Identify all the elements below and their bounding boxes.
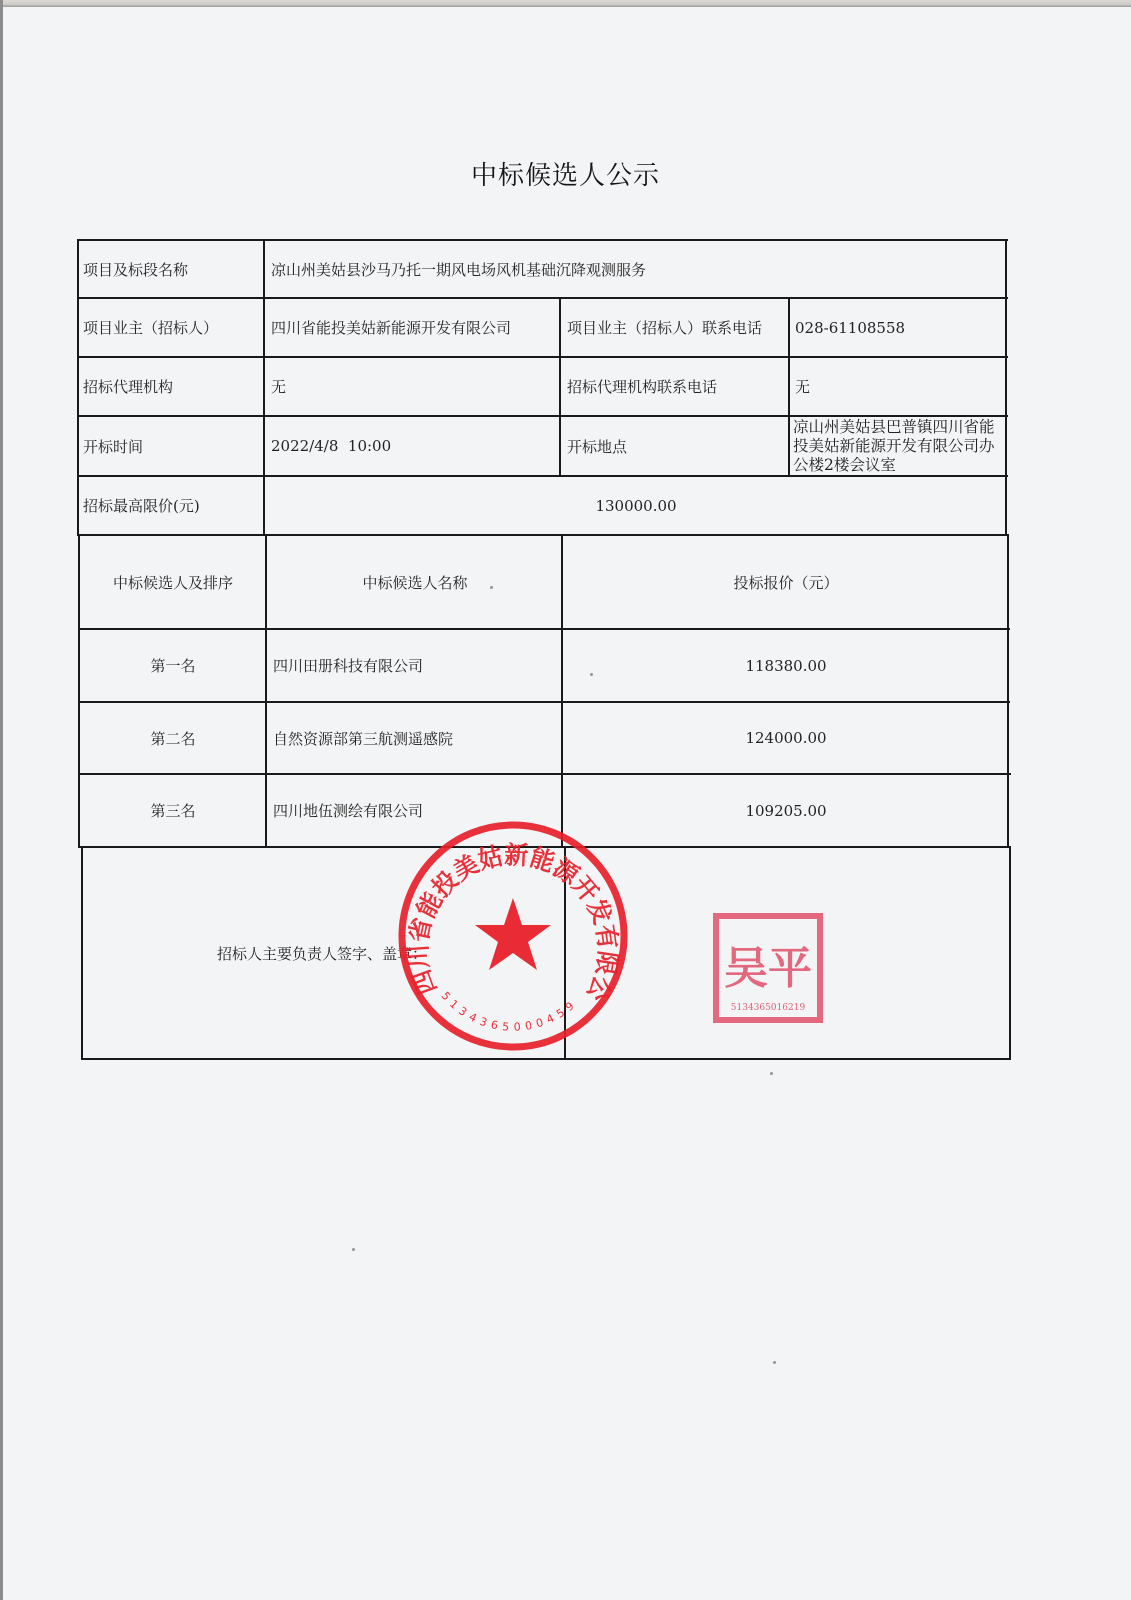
open-time-value: 2022/4/8 10:00 — [266, 417, 560, 475]
open-time-label: 开标时间 — [78, 417, 264, 475]
candidate-rank: 第三名 — [80, 775, 266, 846]
project-name-value: 凉山州美姑县沙马乃托一期风电场风机基础沉降观测服务 — [266, 241, 1006, 298]
company-seal-code: 5134365000459 — [439, 989, 577, 1033]
star-icon — [475, 898, 551, 970]
open-place-value: 凉山州美姑县巴普镇四川省能投美姑新能源开发有限公司办公楼2楼会议室 — [790, 417, 1006, 475]
scan-speck — [770, 1072, 773, 1075]
owner-value: 四川省能投美姑新能源开发有限公司 — [266, 299, 560, 356]
scan-edge — [0, 0, 3, 1600]
scan-edge — [0, 0, 1131, 7]
max-price-value: 130000.00 — [266, 477, 1006, 534]
owner-label: 项目业主（招标人） — [78, 299, 264, 356]
agency-label: 招标代理机构 — [78, 358, 264, 415]
header-price: 投标报价（元） — [564, 536, 1008, 628]
svg-text:5134365000459: 5134365000459 — [439, 989, 577, 1033]
agency-value: 无 — [266, 358, 560, 415]
agency-phone-value: 无 — [790, 358, 1006, 415]
project-name-label: 项目及标段名称 — [78, 241, 264, 298]
personal-seal-name: 吴平 — [724, 943, 812, 994]
owner-phone-value: 028-61108558 — [790, 299, 1006, 356]
header-rank: 中标候选人及排序 — [80, 536, 266, 628]
max-price-label: 招标最高限价(元) — [78, 477, 264, 534]
agency-phone-label: 招标代理机构联系电话 — [562, 358, 788, 415]
header-name: 中标候选人名称 — [268, 536, 562, 628]
candidate-name: 四川田册科技有限公司 — [268, 630, 562, 701]
scan-speck — [490, 586, 493, 589]
candidate-name: 自然资源部第三航测遥感院 — [268, 703, 562, 773]
open-place-label: 开标地点 — [562, 417, 788, 475]
personal-seal: 吴平 5134365016219 — [713, 913, 823, 1023]
scan-speck — [352, 1248, 355, 1251]
candidate-rank: 第二名 — [80, 703, 266, 773]
scan-speck — [590, 673, 593, 676]
signature-label-text: 招标人主要负责人签字、盖章： — [217, 943, 427, 964]
personal-seal-code: 5134365016219 — [731, 1003, 806, 1013]
candidate-price: 109205.00 — [564, 775, 1008, 846]
candidate-price: 124000.00 — [564, 703, 1008, 773]
document-title: 中标候选人公示 — [0, 155, 1131, 192]
candidate-rank: 第一名 — [80, 630, 266, 701]
owner-phone-label: 项目业主（招标人）联系电话 — [562, 299, 788, 356]
candidate-price: 118380.00 — [564, 630, 1008, 701]
company-seal: 四川省能投美姑新能源开发有限公司 5134365000459 — [397, 820, 629, 1052]
scan-speck — [773, 1361, 776, 1364]
